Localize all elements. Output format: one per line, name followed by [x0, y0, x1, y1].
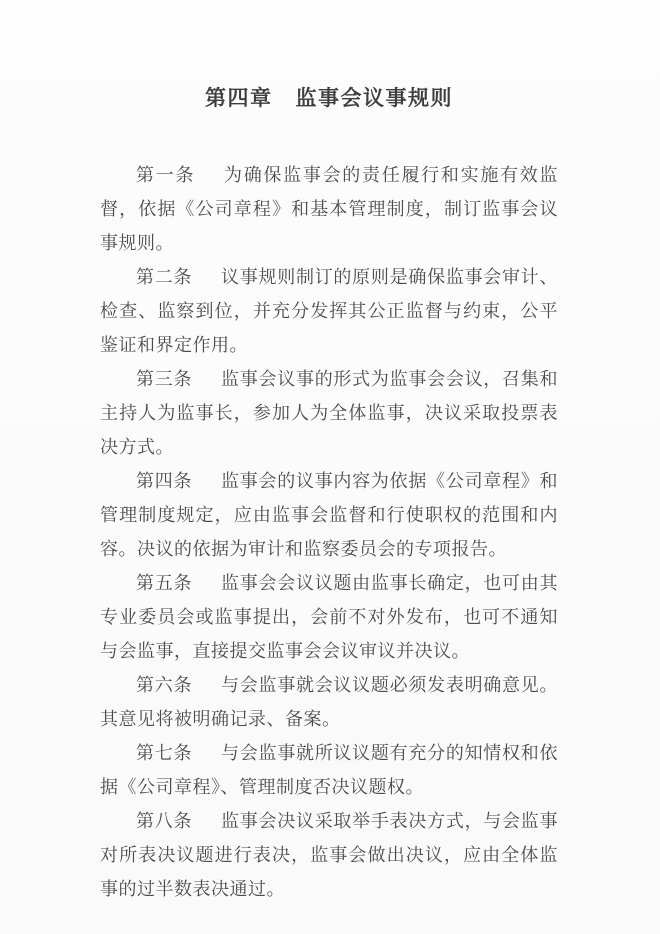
article-4: 第四条监事会的议事内容为依据《公司章程》和管理制度规定，应由监事会监督和行使职权…	[100, 464, 558, 566]
article-4-label: 第四条	[136, 471, 192, 491]
article-2: 第二条议事规则制订的原则是确保监事会审计、检查、监察到位，并充分发挥其公正监督与…	[100, 260, 558, 362]
article-3-label: 第三条	[136, 369, 192, 389]
article-5-label: 第五条	[136, 573, 192, 593]
chapter-name: 监事会议事规则	[296, 86, 454, 110]
page-title: 第四章监事会议事规则	[100, 82, 558, 112]
article-2-label: 第二条	[136, 267, 192, 287]
article-8: 第八条监事会决议采取举手表决方式，与会监事对所表决议题进行表决，监事会做出决议，…	[100, 804, 558, 906]
article-1-label: 第一条	[136, 165, 195, 185]
document-page: 第四章监事会议事规则 第一条为确保监事会的责任履行和实施有效监督，依据《公司章程…	[0, 0, 660, 934]
document-body: 第一条为确保监事会的责任履行和实施有效监督，依据《公司章程》和基本管理制度，制订…	[100, 158, 558, 906]
article-1: 第一条为确保监事会的责任履行和实施有效监督，依据《公司章程》和基本管理制度，制订…	[100, 158, 558, 260]
article-6-label: 第六条	[136, 675, 192, 695]
article-7: 第七条与会监事就所议议题有充分的知情权和依据《公司章程》、管理制度否决议题权。	[100, 736, 558, 804]
article-7-label: 第七条	[136, 743, 192, 763]
chapter-number: 第四章	[205, 86, 273, 110]
article-3: 第三条监事会议事的形式为监事会会议，召集和主持人为监事长，参加人为全体监事，决议…	[100, 362, 558, 464]
article-5: 第五条监事会会议议题由监事长确定，也可由其专业委员会或监事提出，会前不对外发布，…	[100, 566, 558, 668]
article-8-label: 第八条	[136, 811, 192, 831]
article-6: 第六条与会监事就会议议题必须发表明确意见。其意见将被明确记录、备案。	[100, 668, 558, 736]
